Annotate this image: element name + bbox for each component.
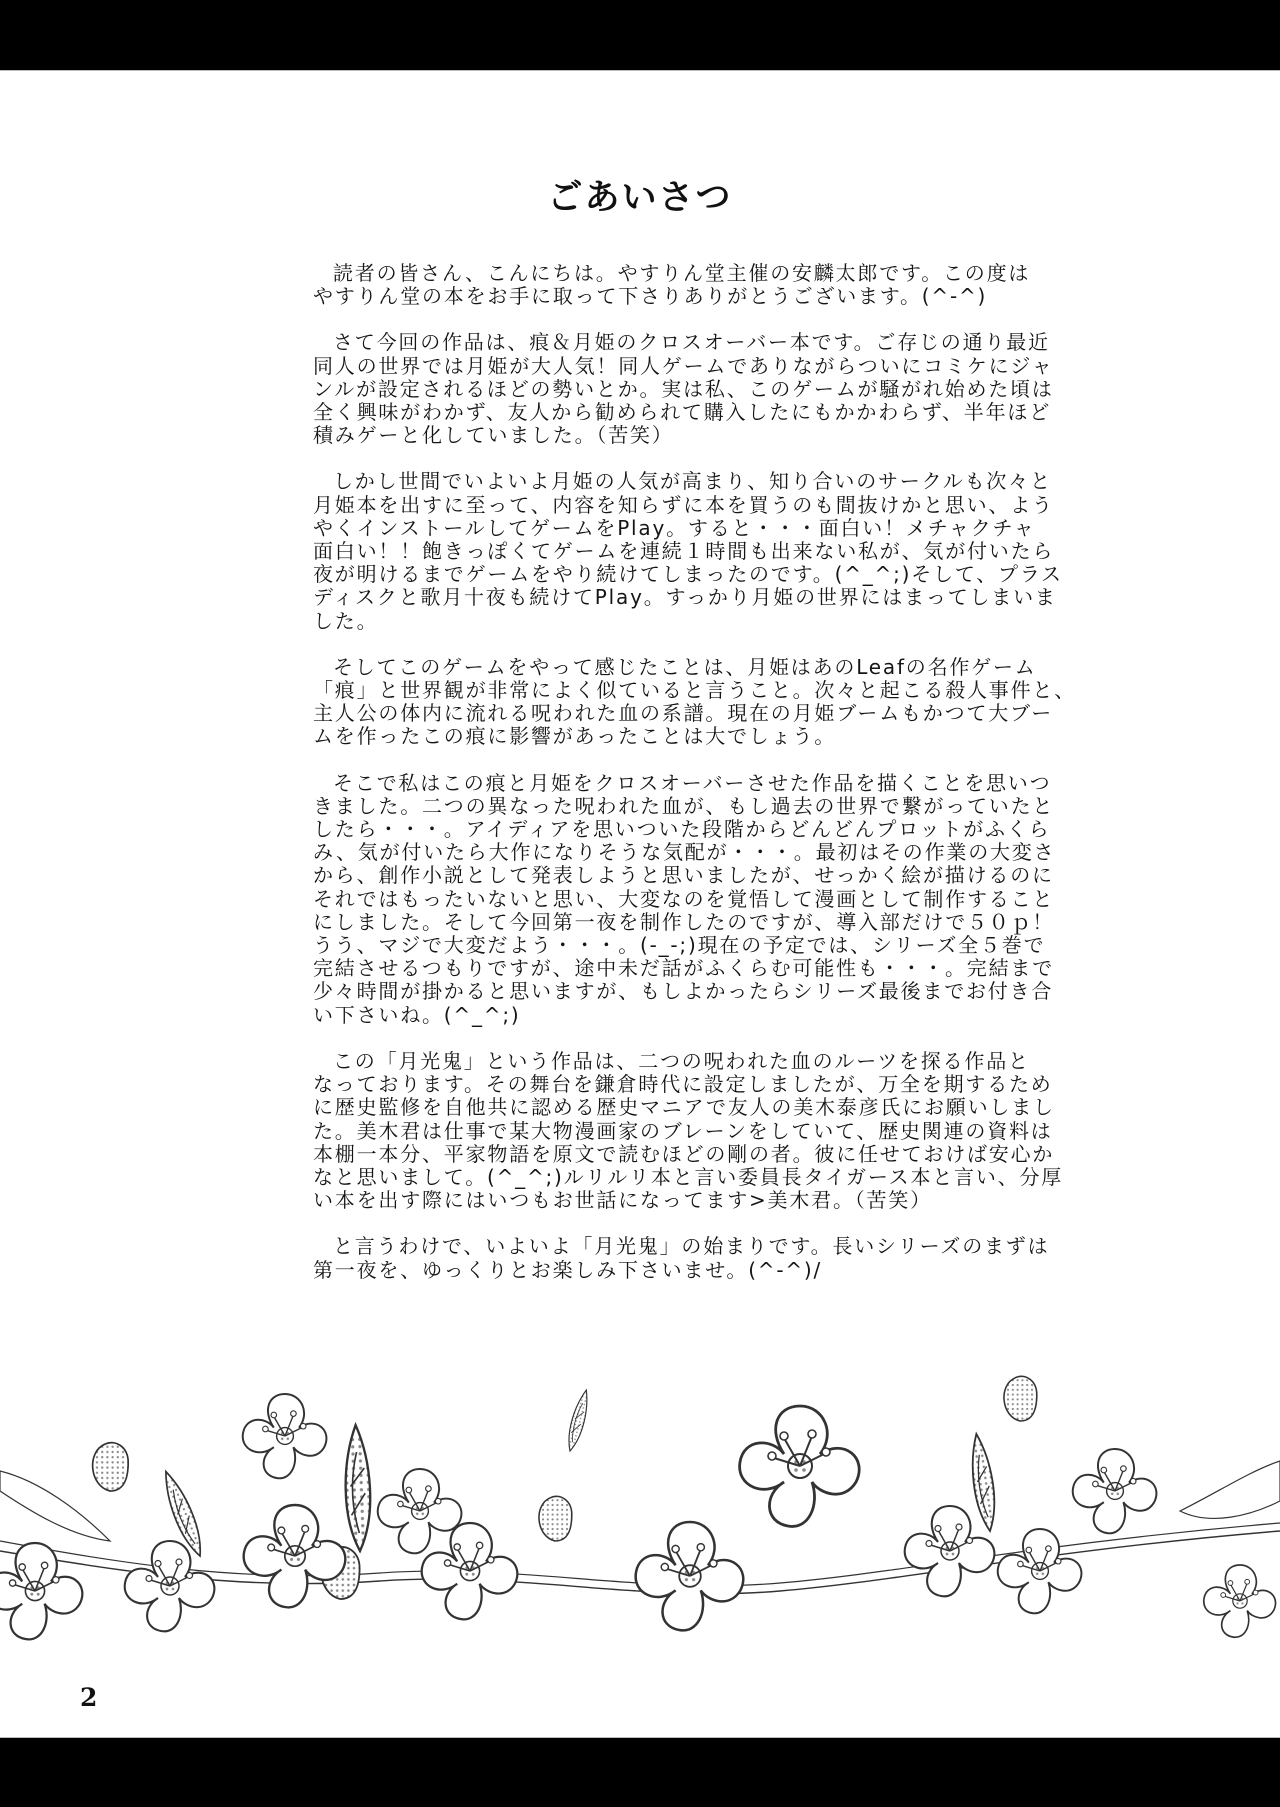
text-line: さて今回の作品は、痕＆月姫のクロスオーバー本です。ご存じの通り最近	[313, 331, 993, 354]
paragraph: さて今回の作品は、痕＆月姫のクロスオーバー本です。ご存じの通り最近同人の世界では…	[313, 331, 993, 447]
text-line: い本を出す際にはいつもお世話になってます>美木君。（苦笑）	[313, 1189, 993, 1212]
text-line: 面白い！！飽きっぽくてゲームを連続１時間も出来ない私が、気が付いたら	[313, 540, 993, 563]
manga-page: ごあいさつ 読者の皆さん、こんにちは。やすりん堂主催の安麟太郎です。この度はやす…	[0, 71, 1280, 1737]
text-line: 第一夜を、ゆっくりとお楽しみ下さいませ。(^-^)/	[313, 1259, 993, 1282]
top-letterbox-bar	[0, 0, 1280, 71]
greeting-text-body: 読者の皆さん、こんにちは。やすりん堂主催の安麟太郎です。この度はやすりん堂の本を…	[313, 262, 993, 1305]
text-line: い下さいね。(^_^;)	[313, 1004, 993, 1027]
text-line: 完結させるつもりですが、途中未だ話がふくらむ可能性も・・・。完結まで	[313, 957, 993, 980]
text-line: やくインストールしてゲームをPlay。すると・・・面白い！メチャクチャ	[313, 517, 993, 540]
text-line: うう、マジで大変だよう・・・。(-_-;)現在の予定では、シリーズ全５巻で	[313, 934, 993, 957]
text-line: そこで私はこの痕と月姫をクロスオーバーさせた作品を描くことを思いつ	[313, 772, 993, 795]
text-line: 「痕」と世界観が非常によく似ていると言うこと。次々と起こる殺人事件と、	[313, 679, 993, 702]
text-line: 同人の世界では月姫が大人気！同人ゲームでありながらついにコミケにジャ	[313, 355, 993, 378]
flower-garland-illustration	[0, 1341, 1280, 1641]
text-line: なっております。その舞台を鎌倉時代に設定しましたが、万全を期するため	[313, 1073, 993, 1096]
text-line: したら・・・。アイディアを思いついた段階からどんどんプロットがふくら	[313, 818, 993, 841]
text-line: 少々時間が掛かると思いますが、もしよかったらシリーズ最後までお付き合	[313, 980, 993, 1003]
text-line: した。	[313, 610, 993, 633]
paragraph: 読者の皆さん、こんにちは。やすりん堂主催の安麟太郎です。この度はやすりん堂の本を…	[313, 262, 993, 308]
text-line: た。美木君は仕事で某大物漫画家のブレーンをしていて、歴史関連の資料は	[313, 1120, 993, 1143]
paragraph: そこで私はこの痕と月姫をクロスオーバーさせた作品を描くことを思いつきました。二つ…	[313, 772, 993, 1027]
text-line: しかし世間でいよいよ月姫の人気が高まり、知り合いのサークルも次々と	[313, 470, 993, 493]
text-line: 月姫本を出すに至って、内容を知らずに本を買うのも間抜けかと思い、よう	[313, 494, 993, 517]
text-line: み、気が付いたら大作になりそうな気配が・・・。最初はその作業の大変さ	[313, 841, 993, 864]
bottom-letterbox-bar	[0, 1737, 1280, 1807]
text-line: なと思いまして。(^_^;)ルリルリ本と言い委員長タイガース本と言い、分厚	[313, 1166, 993, 1189]
page-title: ごあいさつ	[0, 170, 1280, 220]
text-line: ンルが設定されるほどの勢いとか。実は私、このゲームが騒がれ始めた頃は	[313, 378, 993, 401]
paragraph: と言うわけで、いよいよ「月光鬼」の始まりです。長いシリーズのまずは第一夜を、ゆっ…	[313, 1235, 993, 1281]
text-line: きました。二つの異なった呪われた血が、もし過去の世界で繋がっていたと	[313, 795, 993, 818]
text-line: それではもったいないと思い、大変なのを覚悟して漫画として制作すること	[313, 888, 993, 911]
text-line: 本棚一本分、平家物語を原文で読むほどの剛の者。彼に任せておけば安心か	[313, 1143, 993, 1166]
text-line: そしてこのゲームをやって感じたことは、月姫はあのLeafの名作ゲーム	[313, 656, 993, 679]
text-line: と言うわけで、いよいよ「月光鬼」の始まりです。長いシリーズのまずは	[313, 1235, 993, 1258]
text-line: 読者の皆さん、こんにちは。やすりん堂主催の安麟太郎です。この度は	[313, 262, 993, 285]
text-line: ムを作ったこの痕に影響があったことは大でしょう。	[313, 725, 993, 748]
paragraph: この「月光鬼」という作品は、二つの呪われた血のルーツを探る作品となっております。…	[313, 1050, 993, 1212]
page-number: 2	[80, 1683, 97, 1712]
paragraph: しかし世間でいよいよ月姫の人気が高まり、知り合いのサークルも次々と月姫本を出すに…	[313, 470, 993, 632]
text-line: 主人公の体内に流れる呪われた血の系譜。現在の月姫ブームもかつて大ブー	[313, 702, 993, 725]
text-line: 積みゲーと化していました。（苦笑）	[313, 424, 993, 447]
text-line: に歴史監修を自他共に認める歴史マニアで友人の美木泰彦氏にお願いしまし	[313, 1096, 993, 1119]
text-line: から、創作小説として発表しようと思いましたが、せっかく絵が描けるのに	[313, 864, 993, 887]
text-line: 全く興味がわかず、友人から勧められて購入したにもかかわらず、半年ほど	[313, 401, 993, 424]
paragraph: そしてこのゲームをやって感じたことは、月姫はあのLeafの名作ゲーム「痕」と世界…	[313, 656, 993, 749]
text-line: ディスクと歌月十夜も続けてPlay。すっかり月姫の世界にはまってしまいま	[313, 586, 993, 609]
text-line: やすりん堂の本をお手に取って下さりありがとうございます。(^-^)	[313, 285, 993, 308]
text-line: 夜が明けるまでゲームをやり続けてしまったのです。(^_^;)そして、プラス	[313, 563, 993, 586]
text-line: にしました。そして今回第一夜を制作したのですが、導入部だけで５０ｐ！	[313, 911, 993, 934]
text-line: この「月光鬼」という作品は、二つの呪われた血のルーツを探る作品と	[313, 1050, 993, 1073]
